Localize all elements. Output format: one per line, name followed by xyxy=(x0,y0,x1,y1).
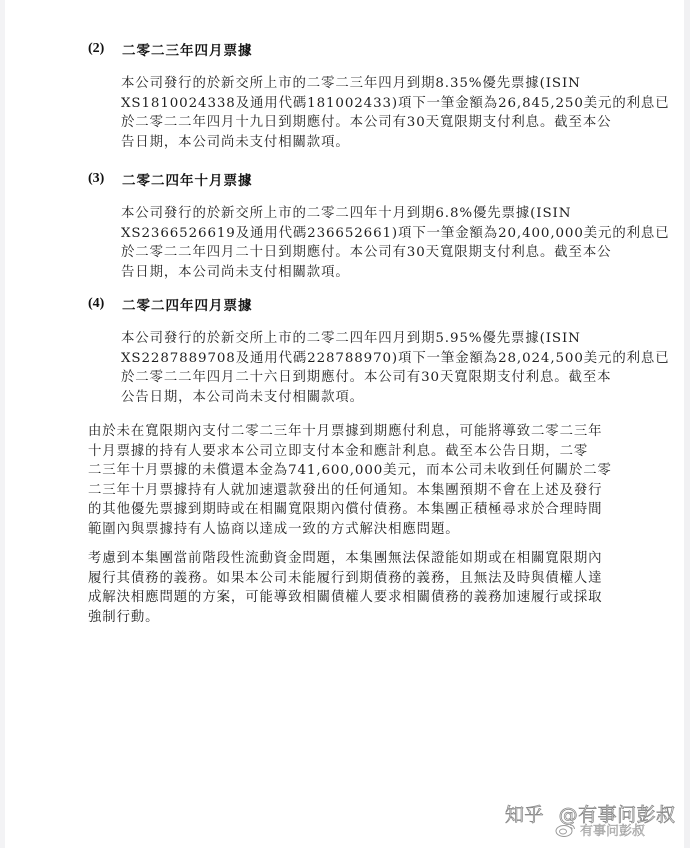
section-body-3: 本公司發行的於新交所上市的二零二四年十月到期6.8%優先票據(ISIN XS23… xyxy=(121,204,605,282)
weibo-icon xyxy=(555,823,577,837)
text-line: 本公司發行的於新交所上市的二零二三年四月到期8.35%優先票據(ISIN xyxy=(121,74,605,94)
text-line: 於二零二二年四月十九日到期應付。本公司有30天寬限期支付利息。截至本公 xyxy=(121,113,605,133)
section-heading-3: (3) 二零二四年十月票據 xyxy=(88,169,253,189)
weibo-watermark: 有事问彭叔 xyxy=(555,820,645,839)
text-line: 本公司發行的於新交所上市的二零二四年十月到期6.8%優先票據(ISIN xyxy=(121,204,605,224)
text-line: 於二零二二年四月二十日到期應付。本公司有30天寬限期支付利息。截至本公 xyxy=(121,243,605,263)
text-line: 二三年十月票據持有人就加速還款發出的任何通知。本集團預期不會在上述及發行 xyxy=(88,481,605,501)
text-line: 考慮到本集團當前階段性流動資金問題，本集團無法保證能如期或在相關寬限期內 xyxy=(88,549,605,569)
text-line: XS2287889708及通用代碼228788970)項下一筆金額為28,024… xyxy=(121,349,605,369)
section-title: 二零二四年四月票據 xyxy=(122,294,253,314)
section-number: (4) xyxy=(88,296,122,312)
text-line: 強制行動。 xyxy=(88,608,605,628)
paragraph-liquidity-issue: 考慮到本集團當前階段性流動資金問題，本集團無法保證能如期或在相關寬限期內 履行其… xyxy=(88,549,605,627)
text-line: 於二零二二年四月二十六日到期應付。本公司有30天寬限期支付利息。截至本 xyxy=(121,368,605,388)
text-line: XS2366526619及通用代碼236652661)項下一筆金額為20,400… xyxy=(121,224,605,244)
text-line: 範圍內與票據持有人協商以達成一致的方式解決相應問題。 xyxy=(88,520,605,540)
section-title: 二零二四年十月票據 xyxy=(122,169,253,189)
text-line: 成解決相應問題的方案，可能導致相關債權人要求相關債務的義務加速履行或採取 xyxy=(88,588,605,608)
paragraph-acceleration-risk: 由於未在寬限期內支付二零二三年十月票據到期應付利息，可能將導致二零二三年 十月票… xyxy=(88,422,605,540)
section-heading-2: (2) 二零二三年四月票據 xyxy=(88,39,253,59)
text-line: 告日期，本公司尚未支付相關款項。 xyxy=(121,263,605,283)
section-heading-4: (4) 二零二四年四月票據 xyxy=(88,294,253,314)
text-line: 告日期，本公司尚未支付相關款項。 xyxy=(121,133,605,153)
text-line: XS1810024338及通用代碼181002433)項下一筆金額為26,845… xyxy=(121,94,605,114)
document-page: (2) 二零二三年四月票據 本公司發行的於新交所上市的二零二三年四月到期8.35… xyxy=(0,0,690,848)
text-line: 的其他優先票據到期時或在相關寬限期內償付債務。本集團正積極尋求於合理時間 xyxy=(88,500,605,520)
text-line: 由於未在寬限期內支付二零二三年十月票據到期應付利息，可能將導致二零二三年 xyxy=(88,422,605,442)
text-line: 二三年十月票據的未償還本金為741,600,000美元，而本公司未收到任何關於二… xyxy=(88,461,605,481)
text-line: 履行其債務的義務。如果本公司未能履行到期債務的義務，且無法及時與債權人達 xyxy=(88,569,605,589)
text-line: 公告日期，本公司尚未支付相關款項。 xyxy=(121,388,605,408)
text-line: 十月票據的持有人要求本公司立即支付本金和應計利息。截至本公告日期，二零 xyxy=(88,442,605,462)
watermark-secondary-handle: 有事问彭叔 xyxy=(580,820,645,839)
watermark-brand: 知乎 xyxy=(505,804,544,826)
section-title: 二零二三年四月票據 xyxy=(122,39,253,59)
section-body-4: 本公司發行的於新交所上市的二零二四年四月到期5.95%優先票據(ISIN XS2… xyxy=(121,329,605,407)
section-number: (2) xyxy=(88,41,122,57)
section-number: (3) xyxy=(88,171,122,187)
text-line: 本公司發行的於新交所上市的二零二四年四月到期5.95%優先票據(ISIN xyxy=(121,329,605,349)
section-body-2: 本公司發行的於新交所上市的二零二三年四月到期8.35%優先票據(ISIN XS1… xyxy=(121,74,605,152)
